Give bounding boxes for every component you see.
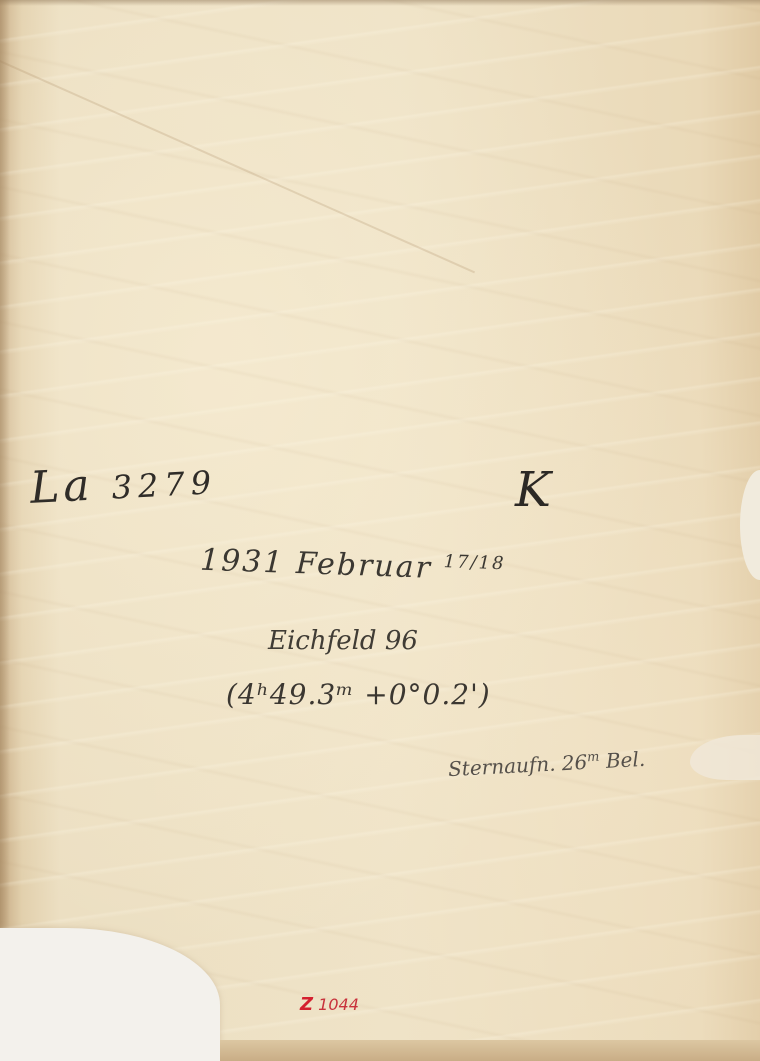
archive-stamp-number: 1044 xyxy=(318,995,359,1014)
archive-stamp-prefix: Z xyxy=(300,994,313,1015)
field-name: Eichfeld 96 xyxy=(268,626,418,656)
date-year: 1931 xyxy=(199,543,285,581)
paper-fold-crease xyxy=(0,60,475,273)
date-days: 17/18 xyxy=(443,551,506,574)
archive-stamp: Z 1044 xyxy=(300,994,359,1015)
class-mark: K xyxy=(515,462,551,518)
exposure-value: 26 xyxy=(561,750,588,775)
exposure-note: Sternaufn. 26m Bel. xyxy=(448,747,646,781)
exposure-unit: m xyxy=(587,750,600,766)
catalog-number: 3279 xyxy=(111,463,218,506)
paper-tear-right-lower xyxy=(690,735,760,780)
catalog-prefix: La xyxy=(29,460,95,514)
exposure-suffix: Bel. xyxy=(605,747,645,773)
date-month: Februar xyxy=(295,546,432,586)
paper-tear-bottom-left xyxy=(0,928,220,1061)
paper-bottom-edge xyxy=(220,1040,760,1061)
observation-date: 1931 Februar 17/18 xyxy=(199,543,505,589)
paper-tear-right xyxy=(740,470,760,580)
coordinates: (4ʰ49.3ᵐ +0°0.2') xyxy=(226,678,491,711)
catalog-label: La 3279 xyxy=(29,453,218,514)
exposure-text: Sternaufn. xyxy=(448,752,557,782)
paper-top-edge xyxy=(0,0,760,6)
paper-left-edge xyxy=(0,0,10,1061)
envelope-paper: La 3279 K 1931 Februar 17/18 Eichfeld 96… xyxy=(0,0,760,1061)
